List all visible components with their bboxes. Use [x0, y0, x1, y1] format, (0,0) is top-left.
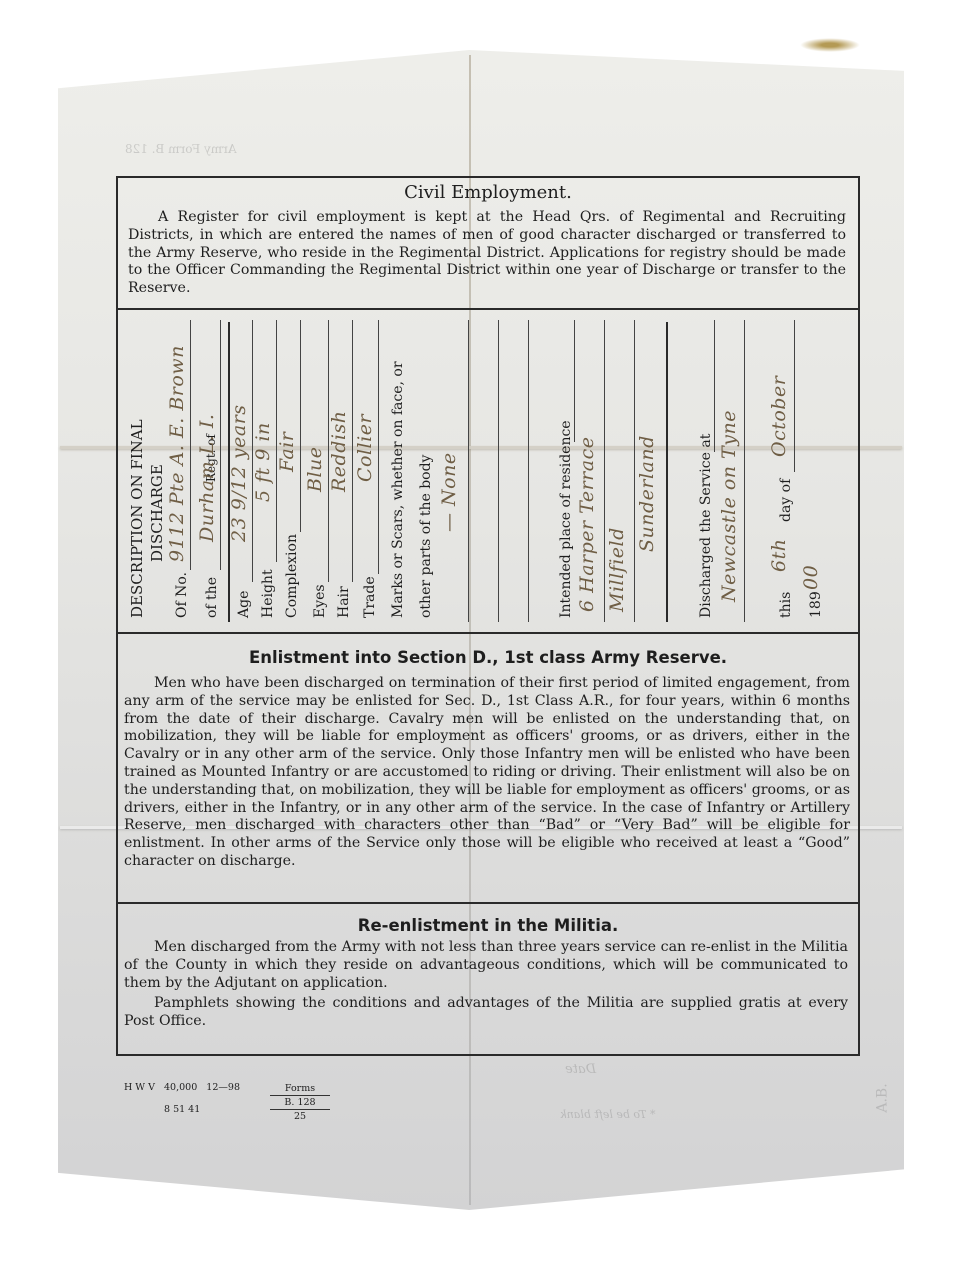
- description-section: DESCRIPTION ON FINAL DISCHARGE Of No. 91…: [118, 308, 858, 634]
- residence-value-line1: 6 Harper Terrace: [576, 437, 598, 612]
- field-line-marks-c: [528, 320, 529, 622]
- field-label-complexion: Complexion: [284, 534, 300, 618]
- discharge-year-suffix: 00: [800, 565, 822, 590]
- militia-body-1: Men discharged from the Army with not le…: [118, 935, 858, 992]
- field-label-hair: Hair: [336, 586, 352, 618]
- discharge-label: Discharged the Service at: [698, 434, 714, 618]
- discharge-day-value: 6th: [768, 539, 790, 572]
- field-value-height: 5 ft 9 in: [252, 422, 274, 502]
- field-value-age: 23 9/12 years: [228, 404, 250, 542]
- field-value-hair: Reddish: [328, 411, 350, 492]
- residence-line-3: [634, 320, 635, 622]
- forms-reference: Forms B. 128 25: [270, 1082, 330, 1123]
- field-label-marks-cont: other parts of the body: [418, 455, 434, 618]
- discharge-place-value: Newcastle on Tyne: [718, 410, 740, 602]
- field-value-trade: Collier: [354, 414, 376, 482]
- field-label-trade: Trade: [362, 576, 378, 618]
- residence-value-line2: Millfield: [606, 527, 628, 612]
- field-label-height: Height: [260, 569, 276, 618]
- field-label-eyes: Eyes: [312, 584, 328, 618]
- bleed-through-date-label: Date: [565, 1062, 596, 1077]
- civil-employment-section: Civil Employment. A Register for civil e…: [118, 178, 858, 310]
- field-line-regiment: [220, 320, 221, 570]
- residence-label: Intended place of residence: [558, 420, 574, 618]
- field-value-complexion: Fair: [276, 432, 298, 472]
- residence-line-2: [604, 320, 605, 622]
- description-title-line1: DESCRIPTION ON FINAL: [128, 419, 146, 618]
- field-line-marks-a: [468, 320, 469, 622]
- field-value-marks: — None: [438, 452, 460, 532]
- description-rotated-block: DESCRIPTION ON FINAL DISCHARGE Of No. 91…: [118, 308, 858, 632]
- description-title-line2: DISCHARGE: [148, 464, 166, 562]
- militia-body-2: Pamphlets showing the conditions and adv…: [118, 992, 858, 1031]
- discharge-place-line-2: [744, 320, 745, 622]
- paper-stain: [800, 38, 860, 52]
- field-line-marks-b: [498, 320, 499, 622]
- bleed-through-side-text: A.B.: [875, 1083, 891, 1112]
- forms-label: Forms: [270, 1082, 330, 1096]
- enlistment-section: Enlistment into Section D., 1st class Ar…: [118, 632, 858, 904]
- residence-value-line3: Sunderland: [636, 435, 658, 552]
- discharge-year-prefix: 189: [808, 591, 824, 618]
- discharge-form-frame: Civil Employment. A Register for civil e…: [116, 176, 860, 1056]
- field-value-eyes: Blue: [304, 446, 326, 492]
- field-value-number: 9112 Pte A. E. Brown: [166, 345, 188, 562]
- printer-line: H W V 40,000 12—98: [124, 1082, 240, 1093]
- forms-number: B. 128: [270, 1096, 330, 1110]
- discharge-day-of-label: day of: [778, 479, 794, 522]
- discharge-month-value: October: [768, 376, 790, 457]
- printer-code: 8 51 41: [164, 1104, 200, 1115]
- field-label-number: Of No.: [174, 572, 190, 618]
- field-label-regiment: of the: [204, 577, 220, 618]
- residence-line-1: [574, 320, 575, 442]
- discharge-month-line: [794, 320, 795, 472]
- field-line-number: [190, 320, 191, 570]
- civil-employment-body: A Register for civil employment is kept …: [118, 203, 858, 298]
- residence-divider: [666, 322, 668, 622]
- field-line-complexion: [300, 320, 301, 532]
- militia-section: Re-enlistment in the Militia. Men discha…: [118, 902, 858, 1054]
- militia-title: Re-enlistment in the Militia.: [118, 902, 858, 935]
- bleed-through-form-number: Army Form B. 128: [125, 142, 237, 156]
- discharge-place-line: [714, 320, 715, 452]
- bleed-through-note: * To be left blank: [560, 1108, 656, 1121]
- field-label-marks: Marks or Scars, whether on face, or: [390, 361, 406, 618]
- forms-sub: 25: [270, 1110, 330, 1123]
- enlistment-body: Men who have been discharged on terminat…: [118, 667, 858, 871]
- field-line-trade: [378, 320, 379, 574]
- civil-employment-title: Civil Employment.: [118, 178, 858, 203]
- field-label-age: Age: [236, 591, 252, 618]
- field-value-regiment: Durham L. I.: [196, 414, 218, 542]
- discharge-this-label: this: [778, 592, 794, 618]
- field-line-hair: [352, 320, 353, 582]
- enlistment-title: Enlistment into Section D., 1st class Ar…: [118, 632, 858, 667]
